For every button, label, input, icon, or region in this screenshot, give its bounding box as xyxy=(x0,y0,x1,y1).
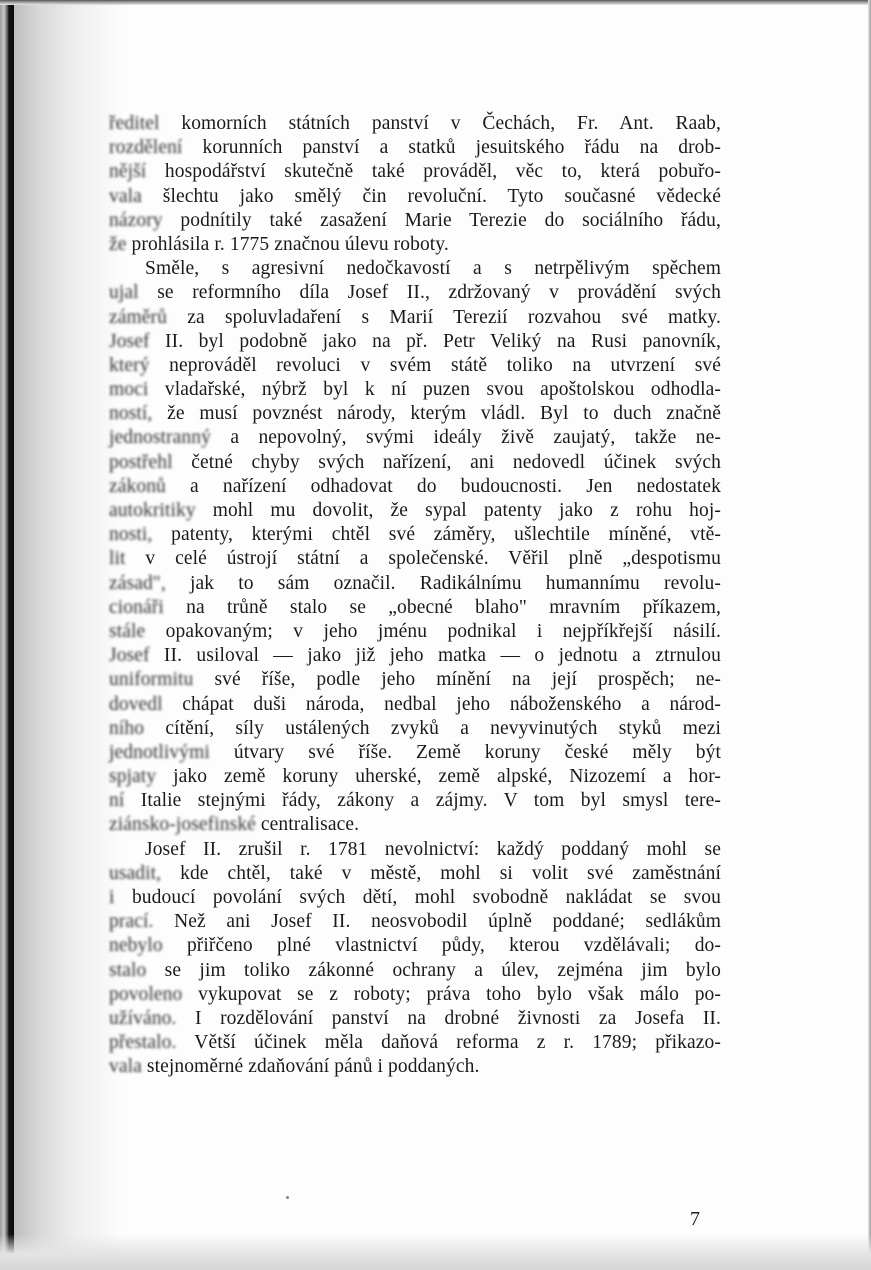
gutter-blurred-word: Josef xyxy=(109,331,150,352)
gutter-blurred-word: záměrů xyxy=(109,307,167,328)
line-text: četné chyby svých nařízení, ani nedovedl… xyxy=(191,452,721,473)
gutter-blurred-word: užíváno. xyxy=(109,1008,176,1029)
text-line: usadit, kde chtěl, také v městě, mohl si… xyxy=(109,862,721,886)
line-text: šlechtu jako smělý čin revoluční. Tyto s… xyxy=(163,186,721,207)
gutter-blurred-word: ního xyxy=(109,718,144,739)
gutter-blurred-word: názory xyxy=(109,210,163,231)
gutter-blurred-word: autokritiky xyxy=(109,500,196,521)
text-line: nosti, patenty, kterými chtěl své záměry… xyxy=(109,523,721,547)
line-text: stejnoměrné zdaňování pánů i poddaných. xyxy=(147,1056,480,1077)
line-text: prohlásila r. 1775 značnou úlevu roboty. xyxy=(132,234,449,255)
text-line: spjaty jako země koruny uherské, země al… xyxy=(109,765,721,789)
text-line: vala šlechtu jako smělý čin revoluční. T… xyxy=(109,185,721,209)
line-text: Směle, s agresivní nedočkavostí a s netr… xyxy=(145,258,721,279)
line-text: za spoluvladaření s Marií Terezií rozvah… xyxy=(187,307,721,328)
text-line: který neprováděl revoluci v svém státě t… xyxy=(109,354,721,378)
gutter-blurred-word: vala xyxy=(109,1056,142,1077)
line-text: se jim toliko zákonné ochrany a úlev, ze… xyxy=(165,960,721,981)
text-line: ního cítění, síly ustálených zvyků a nev… xyxy=(109,717,721,741)
gutter-blurred-word: zákonů xyxy=(109,476,166,497)
gutter-shadow xyxy=(14,0,124,1270)
text-line: ředitel komorních státních panství v Čec… xyxy=(109,112,721,136)
line-text: jako země koruny uherské, země alpské, N… xyxy=(173,766,721,787)
text-line: moci vladařské, nýbrž byl k ní puzen svo… xyxy=(109,378,721,402)
line-text: hospodářství skutečně také prováděl, věc… xyxy=(165,161,721,182)
gutter-blurred-word: nější xyxy=(109,161,146,182)
line-text: Než ani Josef II. neosvobodil úplně podd… xyxy=(174,911,721,932)
gutter-blurred-word: ní xyxy=(109,790,124,811)
gutter-blurred-word: usadit, xyxy=(109,863,161,884)
gutter-blurred-word: vala xyxy=(109,186,142,207)
gutter-blurred-word: ziánsko-josefinské xyxy=(109,814,256,835)
text-line: uniformitu své říše, podle jeho mínění n… xyxy=(109,668,721,692)
text-line: stalo se jim toliko zákonné ochrany a úl… xyxy=(109,959,721,983)
gutter-blurred-word: moci xyxy=(109,379,148,400)
gutter-blurred-word: Josef xyxy=(109,645,150,666)
text-line: prací. Než ani Josef II. neosvobodil úpl… xyxy=(109,910,721,934)
text-line: dovedl chápat duši národa, nedbal jeho n… xyxy=(109,693,721,717)
text-line: názory podnítily také zasažení Marie Ter… xyxy=(109,209,721,233)
line-text: patenty, kterými chtěl své záměry, ušlec… xyxy=(171,524,721,545)
gutter-blurred-word: uniformitu xyxy=(109,669,193,690)
line-text: kde chtěl, také v městě, mohl si volit s… xyxy=(180,863,721,884)
text-line: zákonů a nařízení odhadovat do budoucnos… xyxy=(109,475,721,499)
text-line: Josef II. usiloval — jako již jeho matka… xyxy=(109,644,721,668)
line-text: na trůně stalo se „obecné blaho" mravním… xyxy=(186,597,721,618)
gutter-blurred-word: i xyxy=(109,887,115,908)
line-text: neprováděl revoluci v svém státě toliko … xyxy=(169,355,721,376)
line-text: v celé ústrojí státní a společenské. Věř… xyxy=(145,548,721,569)
text-line: jednostranný a nepovolný, svými ideály ž… xyxy=(109,426,721,450)
line-text: své říše, podle jeho mínění na její pros… xyxy=(214,669,721,690)
text-line: autokritiky mohl mu dovolit, že sypal pa… xyxy=(109,499,721,523)
text-line: Směle, s agresivní nedočkavostí a s netr… xyxy=(109,257,721,281)
text-line: že prohlásila r. 1775 značnou úlevu robo… xyxy=(109,233,721,257)
line-text: že musí povznést národy, kterým vládl. B… xyxy=(167,403,721,424)
text-line: lit v celé ústrojí státní a společenské.… xyxy=(109,547,721,571)
text-line: ujal se reformního díla Josef II., zdržo… xyxy=(109,281,721,305)
gutter-blurred-word: stalo xyxy=(109,960,146,981)
line-text: II. byl podobně jako na př. Petr Veliký … xyxy=(165,331,721,352)
line-text: vykupovat se z roboty; práva toho bylo v… xyxy=(198,984,721,1005)
gutter-blurred-word: povoleno xyxy=(109,984,182,1005)
gutter-blurred-word: jednostranný xyxy=(109,427,211,448)
gutter-blurred-word: stále xyxy=(109,621,145,642)
line-text: cítění, síly ustálených zvyků a nevyvinu… xyxy=(165,718,721,739)
line-text: a nařízení odhadovat do budoucnosti. Jen… xyxy=(190,476,721,497)
gutter-blurred-word: prací. xyxy=(109,911,153,932)
text-line: nebylo přiřčeno plné vlastnictví půdy, k… xyxy=(109,934,721,958)
text-line: vala stejnoměrné zdaňování pánů i poddan… xyxy=(109,1055,721,1079)
line-text: Větší účinek měla daňová reforma z r. 17… xyxy=(194,1032,721,1053)
text-line: cionáři na trůně stalo se „obecné blaho"… xyxy=(109,596,721,620)
line-text: centralisace. xyxy=(261,814,359,835)
text-line: jednotlivými útvary své říše. Země korun… xyxy=(109,741,721,765)
line-text: mohl mu dovolit, že sypal patenty jako z… xyxy=(213,500,721,521)
line-text: opakovaným; v jeho jménu podnikal i nejp… xyxy=(166,621,721,642)
text-line: povoleno vykupovat se z roboty; práva to… xyxy=(109,983,721,1007)
text-line: postřehl četné chyby svých nařízení, ani… xyxy=(109,451,721,475)
gutter-blurred-word: přestalo. xyxy=(109,1032,177,1053)
scanned-page: ředitel komorních státních panství v Čec… xyxy=(0,0,871,1270)
text-line: zásad", jak to sám označil. Radikálnímu … xyxy=(109,572,721,596)
text-line: záměrů za spoluvladaření s Marií Terezií… xyxy=(109,306,721,330)
text-line: ní Italie stejnými řády, zákony a zájmy.… xyxy=(109,789,721,813)
gutter-blurred-word: dovedl xyxy=(109,694,163,715)
line-text: útvary své říše. Země koruny české měly … xyxy=(234,742,721,763)
line-text: II. usiloval — jako již jeho matka — o j… xyxy=(164,645,721,666)
text-line: Josef II. zrušil r. 1781 nevolnictví: ka… xyxy=(109,838,721,862)
gutter-blurred-word: lit xyxy=(109,548,126,569)
line-text: podnítily také zasažení Marie Terezie do… xyxy=(180,210,721,231)
text-line: užíváno. I rozdělování panství na drobné… xyxy=(109,1007,721,1031)
text-line: i budoucí povolání svých dětí, mohl svob… xyxy=(109,886,721,910)
gutter-blurred-word: který xyxy=(109,355,150,376)
gutter-blurred-word: cionáři xyxy=(109,597,164,618)
gutter-blurred-word: že xyxy=(109,234,127,255)
gutter-blurred-word: ujal xyxy=(109,282,139,303)
scanner-spine-edge xyxy=(0,0,14,1270)
body-text: ředitel komorních státních panství v Čec… xyxy=(109,112,721,1080)
gutter-blurred-word: spjaty xyxy=(109,766,156,787)
line-text: jak to sám označil. Radikálnímu humanním… xyxy=(190,573,721,594)
gutter-blurred-word: jednotlivými xyxy=(109,742,210,763)
dust-speck xyxy=(286,1196,289,1199)
text-line: stále opakovaným; v jeho jménu podnikal … xyxy=(109,620,721,644)
gutter-blurred-word: rozdělení xyxy=(109,137,182,158)
line-text: chápat duši národa, nedbal jeho nábožens… xyxy=(182,694,721,715)
line-text: I rozdělování panství na drobné živnosti… xyxy=(195,1008,721,1029)
text-line: přestalo. Větší účinek měla daňová refor… xyxy=(109,1031,721,1055)
line-text: korunních panství a statků jesuitského ř… xyxy=(203,137,721,158)
page-top-edge xyxy=(0,0,871,5)
text-line: ziánsko-josefinské centralisace. xyxy=(109,813,721,837)
text-line: nější hospodářství skutečně také provádě… xyxy=(109,160,721,184)
line-text: vladařské, nýbrž byl k ní puzen svou apo… xyxy=(165,379,721,400)
page-number: 7 xyxy=(690,1208,700,1231)
text-line: rozdělení korunních panství a statků jes… xyxy=(109,136,721,160)
line-text: Josef II. zrušil r. 1781 nevolnictví: ka… xyxy=(145,839,721,860)
gutter-blurred-word: ředitel xyxy=(109,113,160,134)
gutter-blurred-word: postřehl xyxy=(109,452,173,473)
line-text: Italie stejnými řády, zákony a zájmy. V … xyxy=(141,790,721,811)
gutter-blurred-word: zásad", xyxy=(109,573,166,594)
gutter-blurred-word: ností, xyxy=(109,403,152,424)
line-text: přiřčeno plné vlastnictví půdy, kterou v… xyxy=(187,935,721,956)
gutter-blurred-word: nebylo xyxy=(109,935,163,956)
line-text: budoucí povolání svých dětí, mohl svobod… xyxy=(132,887,721,908)
line-text: se reformního díla Josef II., zdržovaný … xyxy=(157,282,721,303)
line-text: komorních státních panství v Čechách, Fr… xyxy=(181,113,721,134)
page-bottom-shadow xyxy=(0,1234,871,1270)
text-line: ností, že musí povznést národy, kterým v… xyxy=(109,402,721,426)
gutter-blurred-word: nosti, xyxy=(109,524,152,545)
line-text: a nepovolný, svými ideály živě zaujatý, … xyxy=(230,427,721,448)
text-line: Josef II. byl podobně jako na př. Petr V… xyxy=(109,330,721,354)
